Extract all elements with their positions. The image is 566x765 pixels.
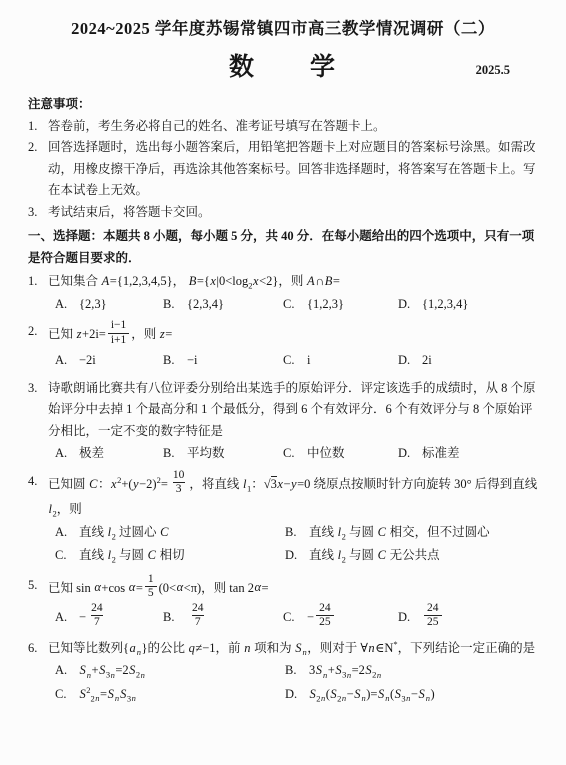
option-label: D. [398,443,422,465]
option-text: 直线 l2 与圆 C 相交，但不过圆心 [309,525,490,539]
page-title: 2024~2025 学年度苏锡常镇四市高三教学情况调研（二） [28,18,538,40]
option-text: {2,3} [79,297,107,311]
option-label: D. [398,294,422,316]
option-text: 2425 [422,610,444,624]
option-label: C. [283,443,307,465]
notice-text: 回答选择题时，选出每小题答案后，用铅笔把答题卡上对应题目的答案标号涂黑。如需改动… [48,137,538,202]
question-stem: 已知等比数列{an}的公比 q≠−1，前 n 项和为 Sn，则对于 ∀n∈N*，… [48,638,538,660]
option-d: D.直线 l2 与圆 C 无公共点 [285,545,538,567]
option-a: A.−247 [55,604,163,632]
option-label: C. [283,294,307,316]
option-b: B.直线 l2 与圆 C 相交，但不过圆心 [285,522,538,544]
notice-item-1: 1. 答卷前，考生务必将自己的姓名、准考证号填写在答题卡上。 [28,116,538,138]
option-a: A.{2,3} [55,294,163,316]
option-text: Sn+S3n=2S2n [79,663,145,677]
question-4: 4. 已知圆 C：x2+(y−2)2=103，将直线 l1：√3x−y=0 绕原… [28,471,538,571]
question-1-options: A.{2,3} B.{2,3,4} C.{1,2,3} D.{1,2,3,4} [48,294,538,316]
option-d: D.2i [398,350,538,372]
question-body: 诗歌朗诵比赛共有八位评委分别给出某选手的原始评分．评定该选手的成绩时，从 8 个… [48,378,538,467]
option-label: A. [55,660,79,682]
option-c: C.中位数 [283,443,398,465]
option-label: D. [398,350,422,372]
option-text: −2i [79,353,96,367]
option-a: A.极差 [55,443,163,465]
question-number: 4. [28,471,48,493]
option-text: 标准差 [422,446,460,460]
option-label: A. [55,522,79,544]
option-text: S22n=SnS3n [79,687,136,701]
option-label: A. [55,350,79,372]
option-d: D.S2n(S2n−Sn)=Sn(S3n−Sn) [285,684,538,706]
question-body: 已知集合 A={1,2,3,4,5}， B={x|0<log2x<2}，则 A∩… [48,271,538,317]
question-6: 6. 已知等比数列{an}的公比 q≠−1，前 n 项和为 Sn，则对于 ∀n∈… [28,638,538,710]
question-5-options: A.−247 B.247 C.−2425 D.2425 [48,604,538,632]
question-3: 3. 诗歌朗诵比赛共有八位评委分别给出某选手的原始评分．评定该选手的成绩时，从 … [28,378,538,467]
option-label: B. [163,350,187,372]
option-label: C. [283,350,307,372]
option-text: 3Sn+S3n=2S2n [309,663,382,677]
option-label: C. [55,684,79,706]
option-text: {2,3,4} [187,297,224,311]
option-label: B. [285,522,309,544]
option-d: D.2425 [398,604,538,632]
option-text: 直线 l2 与圆 C 相切 [79,548,185,562]
option-label: B. [163,607,187,629]
option-c: C.−2425 [283,604,398,632]
option-label: B. [163,443,187,465]
option-text: 中位数 [307,446,345,460]
option-text: −247 [79,610,108,624]
question-number: 6. [28,638,48,660]
notice-text: 考试结束后，将答题卡交回。 [48,202,538,224]
question-number: 2. [28,321,48,343]
option-label: D. [285,545,309,567]
question-number: 5. [28,575,48,597]
option-b: B.3Sn+S3n=2S2n [285,660,538,682]
notice-number: 1. [28,116,48,138]
exam-date: 2025.5 [476,60,510,82]
option-label: B. [163,294,187,316]
option-label: C. [55,545,79,567]
option-text: {1,2,3,4} [422,297,468,311]
option-text: 直线 l2 与圆 C 无公共点 [309,548,440,562]
option-label: D. [398,607,422,629]
option-b: B.247 [163,604,283,632]
question-5: 5. 已知 sin α+cos α=15(0<α<π)，则 tan 2α= A.… [28,575,538,634]
section-heading: 一、选择题：本题共 8 小题，每小题 5 分，共 40 分．在每小题给出的四个选… [28,226,538,269]
notice-number: 3. [28,202,48,224]
option-text: {1,2,3} [307,297,344,311]
option-c: C.{1,2,3} [283,294,398,316]
option-text: 247 [187,610,209,624]
notice-text: 答卷前，考生务必将自己的姓名、准考证号填写在答题卡上。 [48,116,538,138]
question-number: 1. [28,271,48,293]
question-number: 3. [28,378,48,400]
option-text: i [307,353,310,367]
question-body: 已知圆 C：x2+(y−2)2=103，将直线 l1：√3x−y=0 绕原点按顺… [48,471,538,571]
question-body: 已知 sin α+cos α=15(0<α<π)，则 tan 2α= A.−24… [48,575,538,634]
option-c: C.i [283,350,398,372]
option-label: B. [285,660,309,682]
option-d: D.标准差 [398,443,538,465]
question-1: 1. 已知集合 A={1,2,3,4,5}， B={x|0<log2x<2}，则… [28,271,538,317]
option-label: D. [285,684,309,706]
question-2: 2. 已知 z+2i=i−1i+1，则 z= A.−2i B.−i C.i D.… [28,321,538,374]
question-stem: 已知 sin α+cos α=15(0<α<π)，则 tan 2α= [48,575,538,603]
option-text: S2n(S2n−Sn)=Sn(S3n−Sn) [309,687,435,701]
option-b: B.−i [163,350,283,372]
notice-heading: 注意事项： [28,94,538,116]
question-body: 已知等比数列{an}的公比 q≠−1，前 n 项和为 Sn，则对于 ∀n∈N*，… [48,638,538,710]
question-3-options: A.极差 B.平均数 C.中位数 D.标准差 [48,443,538,465]
option-label: C. [283,607,307,629]
option-b: B.{2,3,4} [163,294,283,316]
exam-paper-page: 2024~2025 学年度苏锡常镇四市高三教学情况调研（二） 数 学 2025.… [0,0,566,765]
option-a: A.−2i [55,350,163,372]
question-body: 已知 z+2i=i−1i+1，则 z= A.−2i B.−i C.i D.2i [48,321,538,374]
subject-row: 数 学 2025.5 [28,46,538,86]
option-text: −i [187,353,198,367]
option-label: A. [55,443,79,465]
option-c: C.直线 l2 与圆 C 相切 [55,545,285,567]
option-label: A. [55,607,79,629]
option-text: 平均数 [187,446,225,460]
question-stem: 已知圆 C：x2+(y−2)2=103，将直线 l1：√3x−y=0 绕原点按顺… [48,471,538,521]
option-b: B.平均数 [163,443,283,465]
option-d: D.{1,2,3,4} [398,294,538,316]
option-text: −2425 [307,610,336,624]
question-4-options: A.直线 l2 过圆心 C B.直线 l2 与圆 C 相交，但不过圆心 C.直线… [48,522,538,569]
notice-number: 2. [28,137,48,159]
question-stem: 诗歌朗诵比赛共有八位评委分别给出某选手的原始评分．评定该选手的成绩时，从 8 个… [48,378,538,443]
option-text: 直线 l2 过圆心 C [79,525,169,539]
option-a: A.Sn+S3n=2S2n [55,660,285,682]
option-text: 2i [422,353,432,367]
question-6-options: A.Sn+S3n=2S2n B.3Sn+S3n=2S2n C.S22n=SnS3… [48,660,538,707]
subject-title: 数 学 [28,46,538,89]
question-stem: 已知 z+2i=i−1i+1，则 z= [48,321,538,349]
question-2-options: A.−2i B.−i C.i D.2i [48,350,538,372]
notice-item-2: 2. 回答选择题时，选出每小题答案后，用铅笔把答题卡上对应题目的答案标号涂黑。如… [28,137,538,202]
option-c: C.S22n=SnS3n [55,684,285,706]
option-a: A.直线 l2 过圆心 C [55,522,285,544]
notice-item-3: 3. 考试结束后，将答题卡交回。 [28,202,538,224]
option-label: A. [55,294,79,316]
option-text: 极差 [79,446,104,460]
question-stem: 已知集合 A={1,2,3,4,5}， B={x|0<log2x<2}，则 A∩… [48,271,538,293]
